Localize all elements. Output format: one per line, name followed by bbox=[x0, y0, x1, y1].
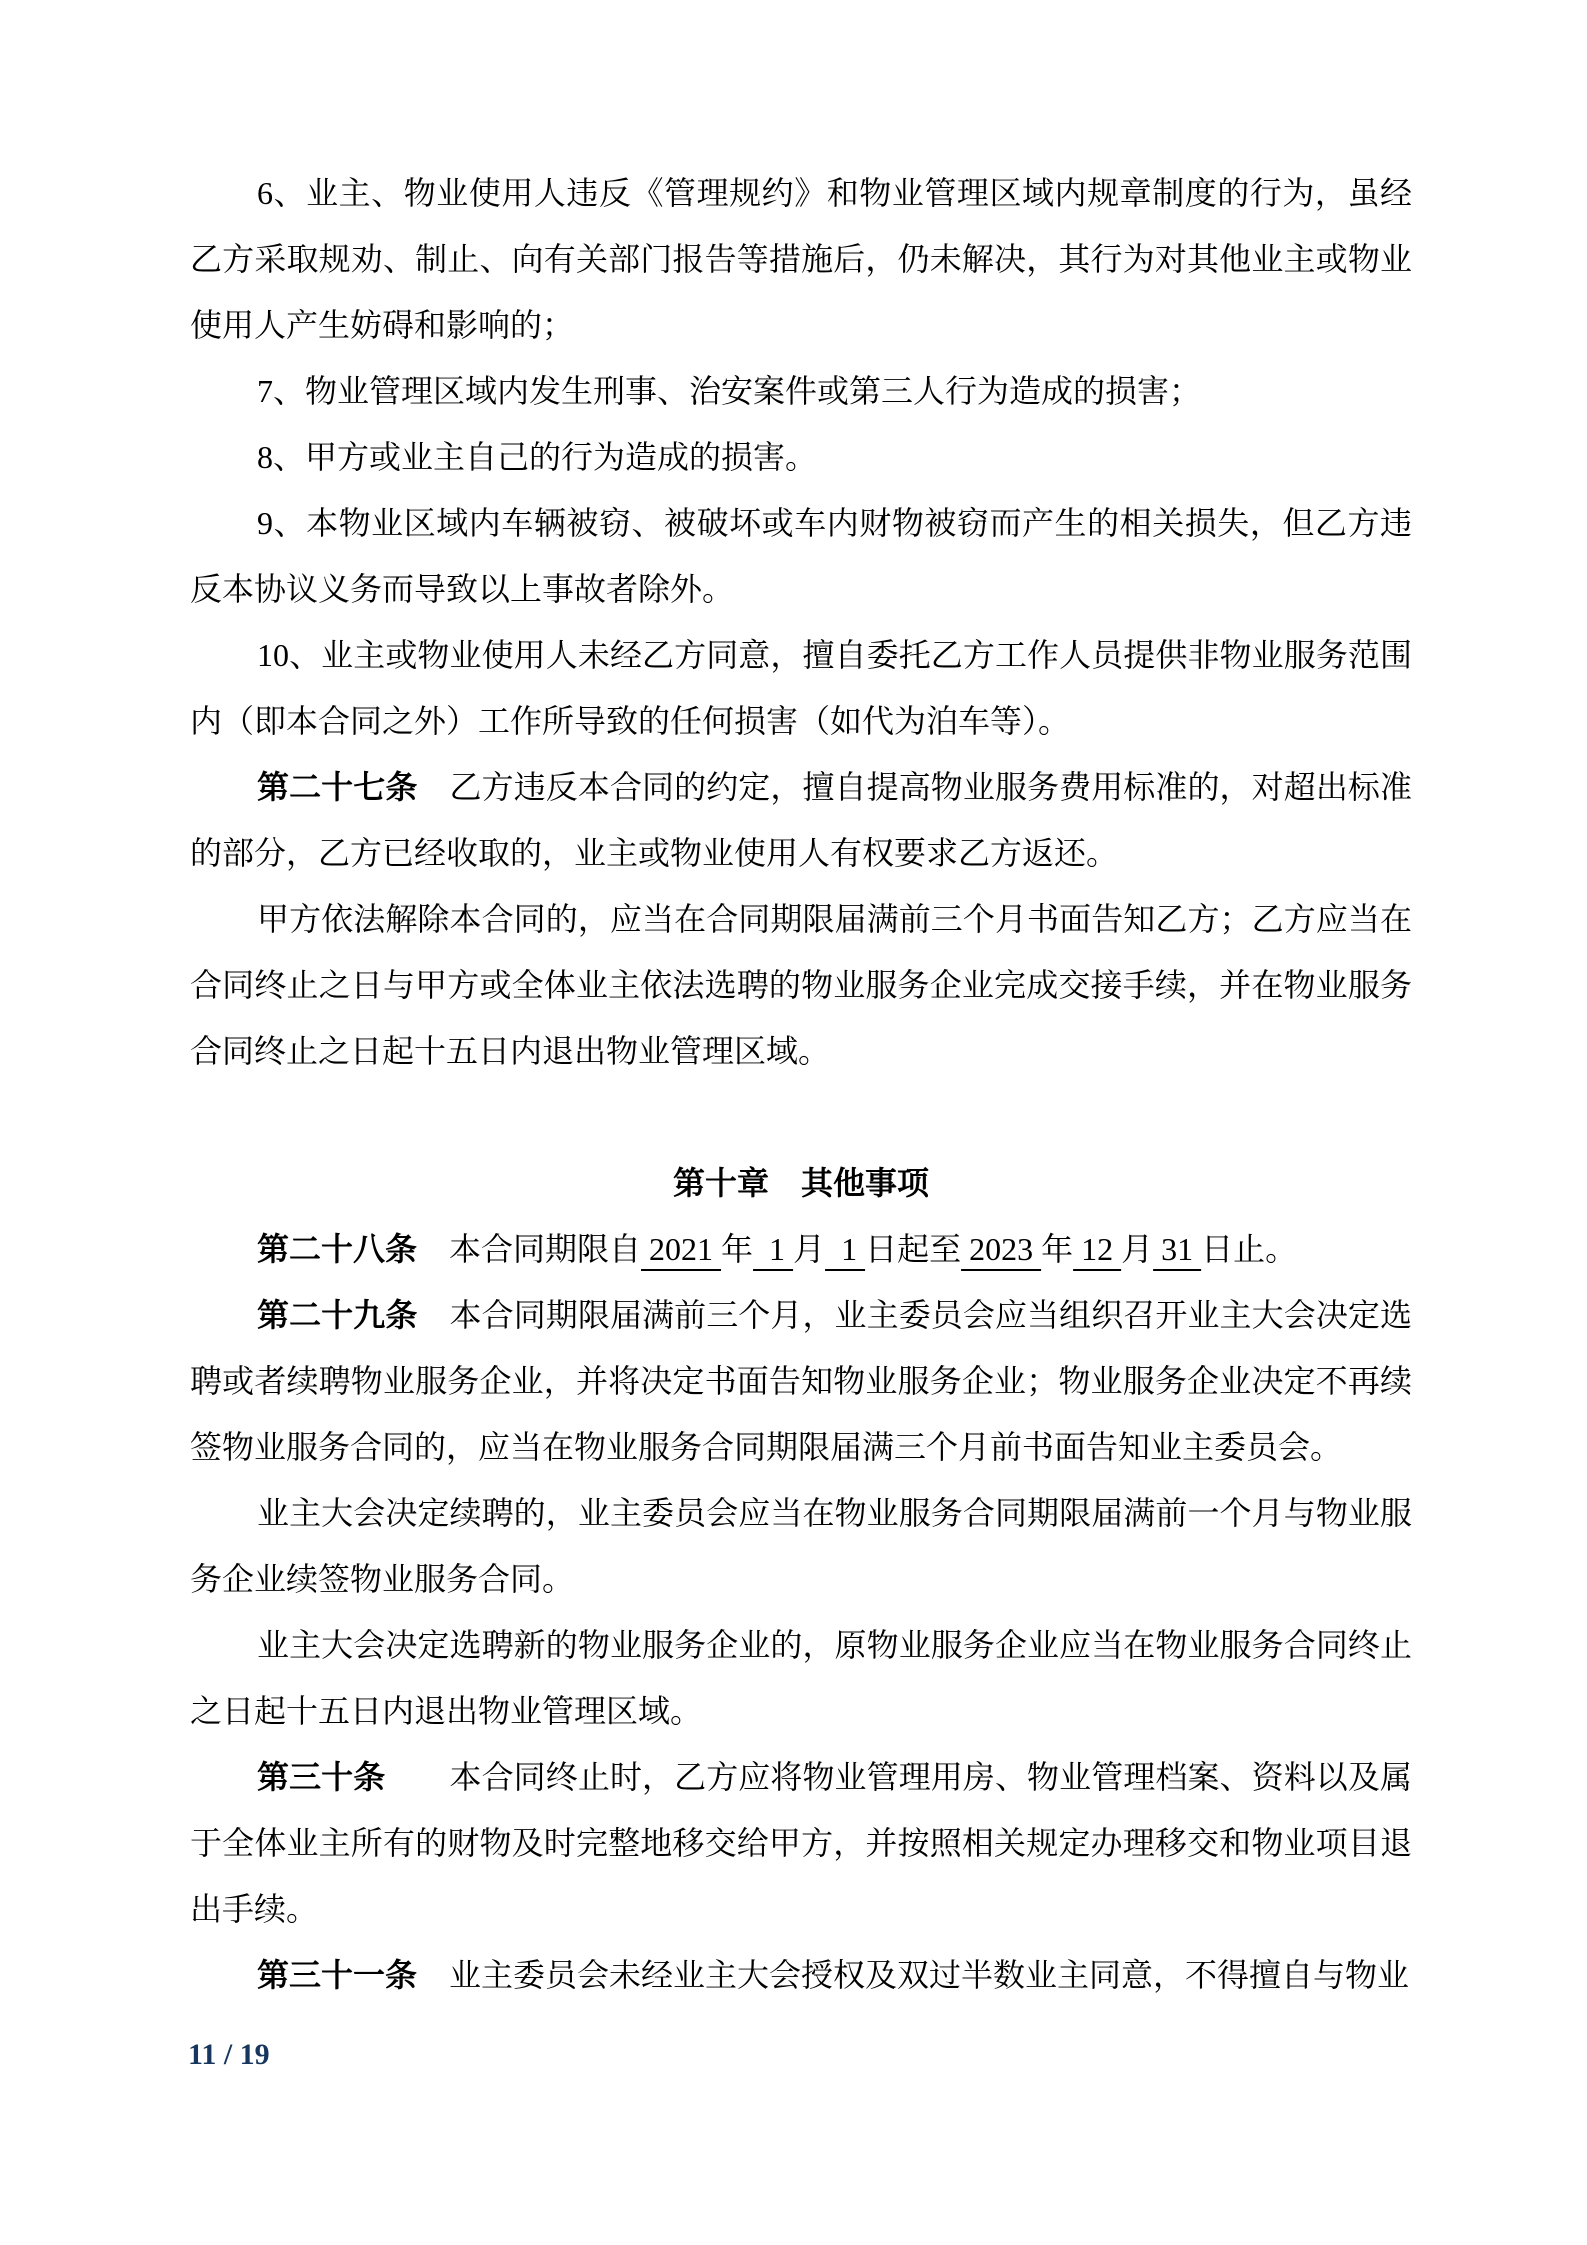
text-run: 6、业主、物业使用人违反《管理规约》和物业管理区域内规章制度的行为，虽经乙方采取… bbox=[190, 175, 1412, 343]
fill-in-value: 31 bbox=[1153, 1231, 1201, 1267]
text-run: 业主大会决定续聘的，业主委员会应当在物业服务合同期限届满前一个月与物业服务企业续… bbox=[190, 1495, 1412, 1597]
text-run: 9、本物业区域内车辆被窃、被破坏或车内财物被窃而产生的相关损失，但乙方违反本协议… bbox=[190, 505, 1412, 607]
text-run: 业主委员会未经业主大会授权及双过半数业主同意，不得擅自与物业 bbox=[417, 1957, 1409, 1993]
paragraph: 9、本物业区域内车辆被窃、被破坏或车内财物被窃而产生的相关损失，但乙方违反本协议… bbox=[190, 490, 1412, 622]
paragraph: 业主大会决定续聘的，业主委员会应当在物业服务合同期限届满前一个月与物业服务企业续… bbox=[190, 1480, 1412, 1612]
text-run: 年 bbox=[1041, 1231, 1073, 1267]
paragraph: 8、甲方或业主自己的行为造成的损害。 bbox=[190, 424, 1412, 490]
text-run: 本合同期限自 bbox=[417, 1231, 641, 1267]
fill-in-value: 2021 bbox=[641, 1231, 721, 1267]
fill-in-value: 1 bbox=[825, 1231, 865, 1267]
clause-term: 第十章 其他事项 bbox=[673, 1165, 929, 1201]
text-run: 业主大会决定选聘新的物业服务企业的，原物业服务企业应当在物业服务合同终止之日起十… bbox=[190, 1627, 1412, 1729]
paragraph: 业主大会决定选聘新的物业服务企业的，原物业服务企业应当在物业服务合同终止之日起十… bbox=[190, 1612, 1412, 1744]
blank-line bbox=[190, 1084, 1412, 1150]
fill-in-value: 1 bbox=[753, 1231, 793, 1267]
paragraph: 甲方依法解除本合同的，应当在合同期限届满前三个月书面告知乙方；乙方应当在合同终止… bbox=[190, 886, 1412, 1084]
text-run: 日起至 bbox=[865, 1231, 961, 1267]
fill-in-value: 2023 bbox=[961, 1231, 1041, 1267]
page-number: 11 / 19 bbox=[188, 2038, 270, 2072]
clause-term: 第三十一条 bbox=[257, 1957, 417, 1993]
clause-term: 第二十七条 bbox=[257, 769, 417, 805]
clause-term: 第二十九条 bbox=[257, 1297, 417, 1333]
text-run: 月 bbox=[1121, 1231, 1153, 1267]
clause-term: 第三十条 bbox=[257, 1759, 385, 1795]
document-body: 6、业主、物业使用人违反《管理规约》和物业管理区域内规章制度的行为，虽经乙方采取… bbox=[190, 160, 1412, 2008]
paragraph: 第二十九条 本合同期限届满前三个月，业主委员会应当组织召开业主大会决定选聘或者续… bbox=[190, 1282, 1412, 1480]
text-run: 8、甲方或业主自己的行为造成的损害。 bbox=[257, 439, 817, 475]
paragraph: 第三十一条 业主委员会未经业主大会授权及双过半数业主同意，不得擅自与物业 bbox=[190, 1942, 1412, 2008]
document-page: 6、业主、物业使用人违反《管理规约》和物业管理区域内规章制度的行为，虽经乙方采取… bbox=[0, 0, 1587, 2245]
text-run: 月 bbox=[793, 1231, 825, 1267]
text-run: 日止。 bbox=[1201, 1231, 1297, 1267]
chapter-heading: 第十章 其他事项 bbox=[190, 1150, 1412, 1216]
paragraph: 第二十八条 本合同期限自 2021 年 1 月 1 日起至 2023 年 12 … bbox=[190, 1216, 1412, 1282]
paragraph: 6、业主、物业使用人违反《管理规约》和物业管理区域内规章制度的行为，虽经乙方采取… bbox=[190, 160, 1412, 358]
paragraph: 7、物业管理区域内发生刑事、治安案件或第三人行为造成的损害； bbox=[190, 358, 1412, 424]
paragraph: 第三十条 本合同终止时，乙方应将物业管理用房、物业管理档案、资料以及属于全体业主… bbox=[190, 1744, 1412, 1942]
text-run: 年 bbox=[721, 1231, 753, 1267]
text-run: 10、业主或物业使用人未经乙方同意，擅自委托乙方工作人员提供非物业服务范围内（即… bbox=[190, 637, 1412, 739]
clause-term: 第二十八条 bbox=[257, 1231, 417, 1267]
text-run: 甲方依法解除本合同的，应当在合同期限届满前三个月书面告知乙方；乙方应当在合同终止… bbox=[190, 901, 1412, 1069]
paragraph: 10、业主或物业使用人未经乙方同意，擅自委托乙方工作人员提供非物业服务范围内（即… bbox=[190, 622, 1412, 754]
fill-in-value: 12 bbox=[1073, 1231, 1121, 1267]
paragraph: 第二十七条 乙方违反本合同的约定，擅自提高物业服务费用标准的，对超出标准的部分，… bbox=[190, 754, 1412, 886]
text-run: 7、物业管理区域内发生刑事、治安案件或第三人行为造成的损害； bbox=[257, 373, 1201, 409]
